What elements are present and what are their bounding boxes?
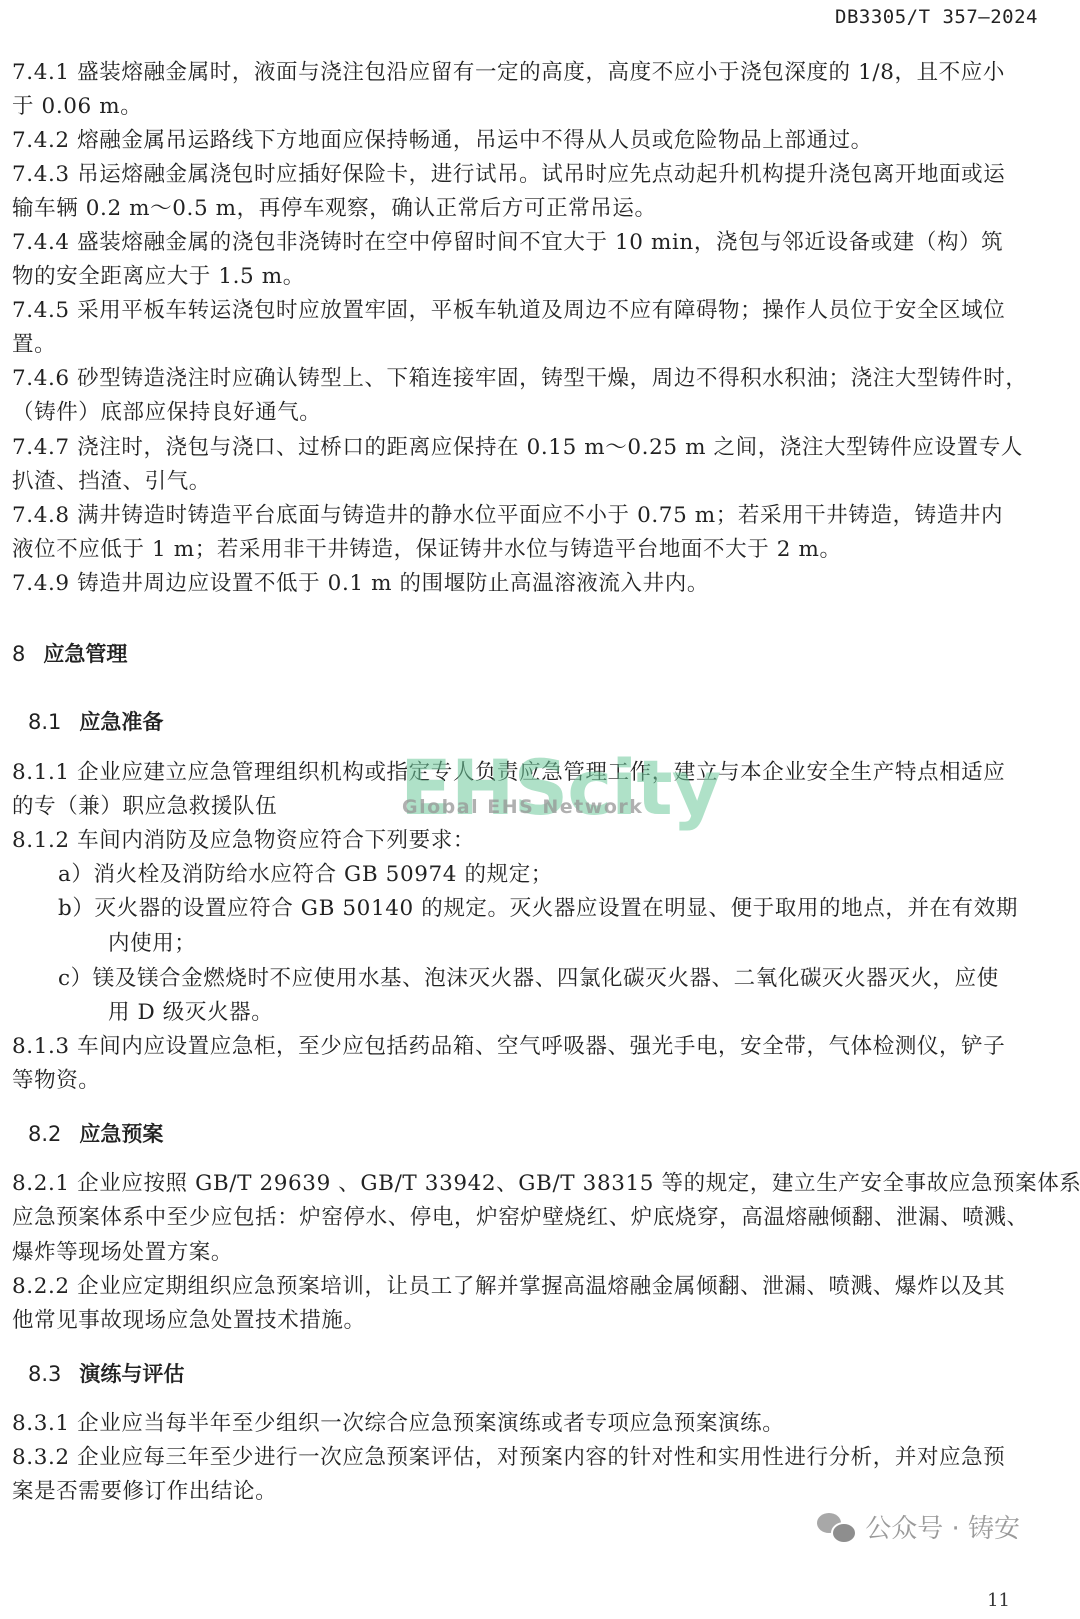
document-code: DB3305/T 357—2024 (835, 6, 1038, 28)
text-line: c）镁及镁合金燃烧时不应使用水基、泡沫灭火器、四氯化碳灭火器、二氧化碳灭火器灭火… (58, 961, 999, 996)
text-line: 的专（兼）职应急救援队伍 (12, 789, 277, 824)
text-line: 8.2.2 企业应定期组织应急预案培训，让员工了解并掌握高温熔融金属倾翻、泄漏、… (12, 1269, 1005, 1304)
text-line: 内使用； (108, 926, 196, 961)
section-title: 演练与评估 (79, 1362, 184, 1386)
text-line: 7.4.5 采用平板车转运浇包时应放置牢固，平板车轨道及周边不应有障碍物；操作人… (12, 293, 1005, 328)
text-line: 应急预案体系中至少应包括：炉窑停水、停电，炉窑炉壁烧红、炉底烧穿，高温熔融倾翻、… (12, 1200, 1029, 1235)
text-line: 8.3.1 企业应当每半年至少组织一次综合应急预案演练或者专项应急预案演练。 (12, 1406, 784, 1441)
text-line: 8.1.3 车间内应设置应急柜，至少应包括药品箱、空气呼吸器、强光手电，安全带，… (12, 1029, 1005, 1064)
text-line: 液位不应低于 1 m；若采用非干井铸造，保证铸井水位与铸造平台地面不大于 2 m… (12, 532, 842, 567)
section-number: 8.2 (28, 1122, 61, 1146)
text-line: 7.4.3 吊运熔融金属浇包时应插好保险卡，进行试吊。试吊时应先点动起升机构提升… (12, 157, 1005, 192)
page-number: 11 (987, 1590, 1010, 1611)
text-line: 8.1.2 车间内消防及应急物资应符合下列要求： (12, 823, 475, 858)
section-number: 8.3 (28, 1362, 61, 1386)
text-line: 于 0.06 m。 (12, 89, 142, 124)
section-8-heading: 8应急管理 (12, 638, 127, 668)
account-name: 公众号 · 铸安 (865, 1508, 1020, 1545)
text-line: 7.4.1 盛装熔融金属时，液面与浇注包沿应留有一定的高度，高度不应小于浇包深度… (12, 55, 1005, 90)
section-8-2-heading: 8.2应急预案 (28, 1118, 163, 1148)
text-line: 7.4.2 熔融金属吊运路线下方地面应保持畅通，吊运中不得从人员或危险物品上部通… (12, 123, 873, 158)
text-line: 案是否需要修订作出结论。 (12, 1474, 277, 1509)
text-line: 扒渣、挡渣、引气。 (12, 464, 211, 499)
section-number: 8.1 (28, 710, 61, 734)
section-number: 8 (12, 642, 25, 666)
text-line: 等物资。 (12, 1063, 100, 1098)
text-line: 8.3.2 企业应每三年至少进行一次应急预案评估，对预案内容的针对性和实用性进行… (12, 1440, 1005, 1475)
text-line: 7.4.8 满井铸造时铸造平台底面与铸造井的静水位平面应不小于 0.75 m；若… (12, 498, 1003, 533)
text-line: 7.4.4 盛装熔融金属的浇包非浇铸时在空中停留时间不宜大于 10 min，浇包… (12, 225, 1003, 260)
text-line: 他常见事故现场应急处置技术措施。 (12, 1303, 366, 1338)
text-line: 物的安全距离应大于 1.5 m。 (12, 259, 305, 294)
wechat-account-badge: 公众号 · 铸安 (817, 1508, 1020, 1545)
section-title: 应急准备 (79, 710, 163, 734)
section-title: 应急预案 (79, 1122, 163, 1146)
section-8-3-heading: 8.3演练与评估 (28, 1358, 184, 1388)
section-8-1-heading: 8.1应急准备 (28, 706, 163, 736)
wechat-icon (817, 1511, 857, 1543)
text-line: 7.4.6 砂型铸造浇注时应确认铸型上、下箱连接牢固，铸型干燥，周边不得积水积油… (12, 361, 1027, 396)
text-line: 爆炸等现场处置方案。 (12, 1235, 233, 1270)
text-line: b）灭火器的设置应符合 GB 50140 的规定。灭火器应设置在明显、便于取用的… (58, 891, 1018, 926)
text-line: a）消火栓及消防给水应符合 GB 50974 的规定； (58, 857, 553, 892)
text-line: 7.4.9 铸造井周边应设置不低于 0.1 m 的围堰防止高温溶液流入井内。 (12, 566, 709, 601)
text-line: （铸件）底部应保持良好通气。 (12, 395, 321, 430)
section-title: 应急管理 (43, 642, 127, 666)
text-line: 7.4.7 浇注时，浇包与浇口、过桥口的距离应保持在 0.15 m～0.25 m… (12, 430, 1023, 465)
text-line: 置。 (12, 327, 56, 362)
text-line: 8.1.1 企业应建立应急管理组织机构或指定专人负责应急管理工作，建立与本企业安… (12, 755, 1005, 790)
text-line: 用 D 级灭火器。 (108, 995, 273, 1030)
watermark-tagline: Global EHS Network (402, 796, 643, 818)
text-line: 8.2.1 企业应按照 GB/T 29639 、GB/T 33942、GB/T … (12, 1166, 1080, 1201)
text-line: 输车辆 0.2 m～0.5 m，再停车观察，确认正常后方可正常吊运。 (12, 191, 657, 226)
